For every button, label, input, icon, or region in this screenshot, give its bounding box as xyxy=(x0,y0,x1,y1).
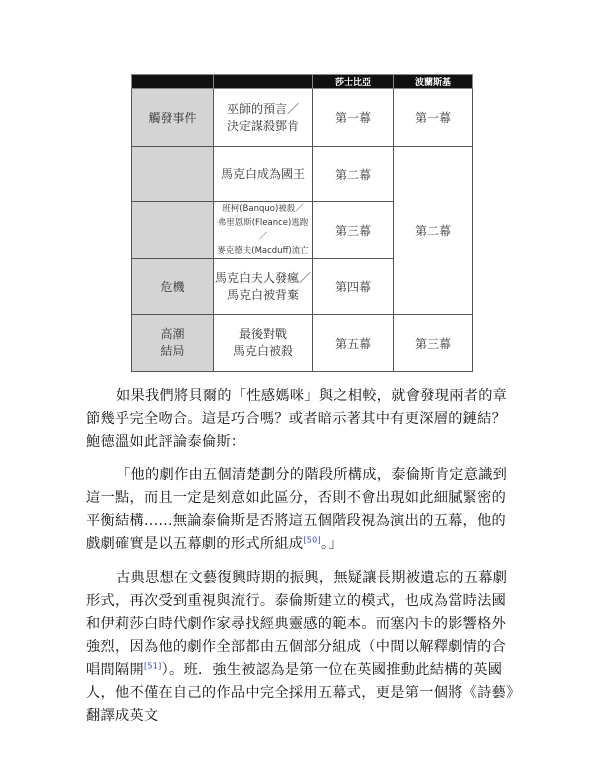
table-row: 馬克白成為國王 第二幕 第二幕 xyxy=(132,147,473,202)
table-header-row: 莎士比亞 波蘭斯基 xyxy=(132,75,473,89)
header-stage xyxy=(132,75,214,89)
paragraph-text-cont: ）。班．強生被認為是第一位在英國推動此結構的英國人，他不僅在自己的作品中完全採用… xyxy=(86,662,514,724)
event-cell: 巫師的預言／ 決定謀殺鄧肯 xyxy=(214,89,313,147)
quote-text: 「他的劇作由五個清楚劃分的階段所構成，泰倫斯肯定意識到這一點，而且一定是刻意如此… xyxy=(86,467,507,552)
table-row: 高潮 結局 最後對戰 馬克白被殺 第五幕 第三幕 xyxy=(132,315,473,372)
polanski-act-cell: 第一幕 xyxy=(394,89,473,147)
quote-end: 。」 xyxy=(321,536,343,552)
shakespeare-act-cell: 第五幕 xyxy=(313,315,394,372)
stage-cell: 觸發事件 xyxy=(132,89,214,147)
event-cell: 最後對戰 馬克白被殺 xyxy=(214,315,313,372)
citation-link-51[interactable]: [51] xyxy=(144,661,162,670)
paragraph-comparison: 如果我們將貝爾的「性感媽咪」與之相較，就會發現兩者的章節幾乎完全吻合。這是巧合嗎… xyxy=(86,385,520,454)
table-row: 觸發事件 巫師的預言／ 決定謀殺鄧肯 第一幕 第一幕 xyxy=(132,89,473,147)
shakespeare-act-cell: 第一幕 xyxy=(313,89,394,147)
polanski-act-cell: 第三幕 xyxy=(394,315,473,372)
block-quote: 「他的劇作由五個清楚劃分的階段所構成，泰倫斯肯定意識到這一點，而且一定是刻意如此… xyxy=(86,464,520,556)
shakespeare-act-cell: 第四幕 xyxy=(313,259,394,315)
shakespeare-act-cell: 第二幕 xyxy=(313,147,394,202)
act-structure-table: 莎士比亞 波蘭斯基 觸發事件 巫師的預言／ 決定謀殺鄧肯 第一幕 第一幕 馬克白… xyxy=(131,74,473,372)
event-cell: 馬克白夫人發瘋／ 馬克白被背棄 xyxy=(214,259,313,315)
paragraph-renaissance: 古典思想在文藝復興時期的振興，無疑讓長期被遺忘的五幕劇形式，再次受到重視與流行。… xyxy=(86,567,520,728)
shakespeare-act-cell: 第三幕 xyxy=(313,202,394,259)
header-event xyxy=(214,75,313,89)
citation-link-50[interactable]: [50] xyxy=(303,535,321,544)
header-polanski: 波蘭斯基 xyxy=(394,75,473,89)
polanski-act-cell: 第二幕 xyxy=(394,147,473,315)
event-cell: 班柯(Banquo)被殺／ 弗里恩斯(Fleance)逃跑／ 麥克德夫(Macd… xyxy=(214,202,313,259)
header-shakespeare: 莎士比亞 xyxy=(313,75,394,89)
stage-cell: 危機 xyxy=(132,259,214,315)
stage-cell xyxy=(132,202,214,259)
stage-cell xyxy=(132,147,214,202)
event-cell: 馬克白成為國王 xyxy=(214,147,313,202)
paragraph-text: 如果我們將貝爾的「性感媽咪」與之相較，就會發現兩者的章節幾乎完全吻合。這是巧合嗎… xyxy=(86,388,507,450)
stage-cell: 高潮 結局 xyxy=(132,315,214,372)
